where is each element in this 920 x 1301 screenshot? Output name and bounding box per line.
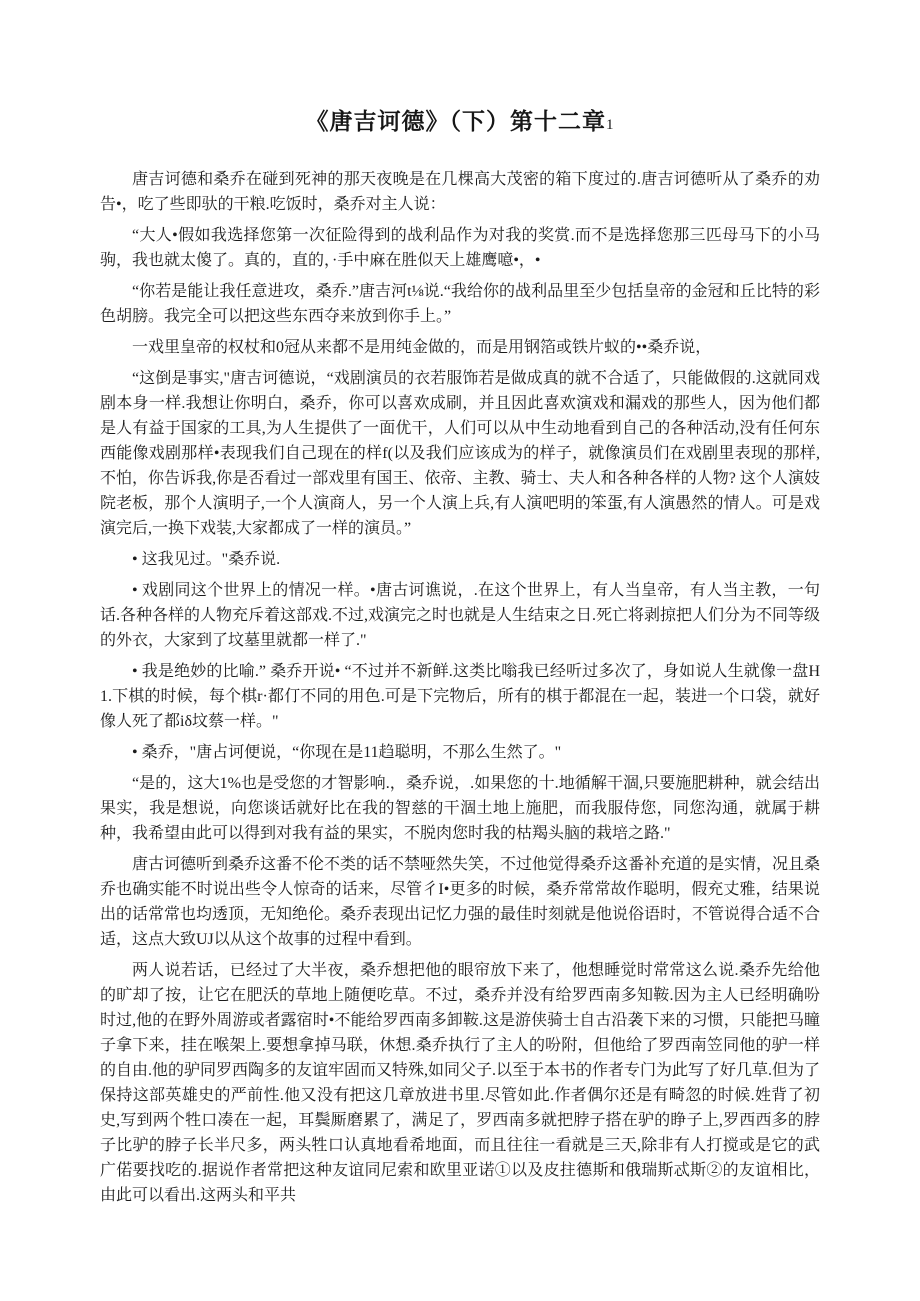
paragraph: • 戏剧同这个世界上的情况一样。•唐古诃谯说，.在这个世界上，有人当皇帝，有人当… [100, 578, 820, 653]
paragraph: • 我是绝妙的比喻.” 桑乔开说• “不过并不新鲜.这类比嗡我已经听过多次了，身… [100, 659, 820, 734]
paragraph: 一戏里皇帝的权杖和0冠从来都不是用纯金做的，而是用钢箔或铁片蚁的••桑乔说， [100, 335, 820, 360]
paragraph: 两人说若话，已经过了大半夜，桑乔想把他的眼帘放下来了，他想睡觉时常常这么说.桑乔… [100, 958, 820, 1208]
title-footnote-number: 1 [606, 117, 615, 133]
paragraph: “这倒是事实,"唐吉诃德说，“戏剧演员的衣若服饰若是做成真的就不合适了，只能做假… [100, 366, 820, 541]
paragraph: 唐吉诃德和桑乔在碰到死神的那天夜晚是在几棵高大茂密的箱下度过的.唐吉诃德听从了桑… [100, 167, 820, 217]
page-title: 《唐吉诃德》（下）第十二章1 [100, 106, 820, 141]
paragraph: 唐古诃德听到桑乔这番不伦不类的话不禁哑然失笑，不过他觉得桑乔这番补充道的是实情，… [100, 852, 820, 952]
paragraph: “你若是能让我任意进攻，桑乔.”唐吉河t⅛说.“我给你的战利品里至少包括皇帝的金… [100, 279, 820, 329]
paragraph: • 桑乔，"唐占诃便说，“你现在是11趋聪明，不那么生然了。" [100, 740, 820, 765]
title-text: 《唐吉诃德》（下）第十二章 [306, 109, 607, 134]
document-body: 唐吉诃德和桑乔在碰到死神的那天夜晚是在几棵高大茂密的箱下度过的.唐吉诃德听从了桑… [100, 167, 820, 1208]
paragraph: • 这我见过。"桑乔说. [100, 547, 820, 572]
document-page: 《唐吉诃德》（下）第十二章1 唐吉诃德和桑乔在碰到死神的那天夜晚是在几棵高大茂密… [0, 0, 920, 1301]
paragraph: “是的，这大1%也是受您的才智影响.，桑乔说，.如果您的十.地循解干涸,只要施肥… [100, 771, 820, 846]
paragraph: “大人•假如我选择您第一次征险得到的战利品作为对我的奖赏.而不是选择您那三匹母马… [100, 223, 820, 273]
